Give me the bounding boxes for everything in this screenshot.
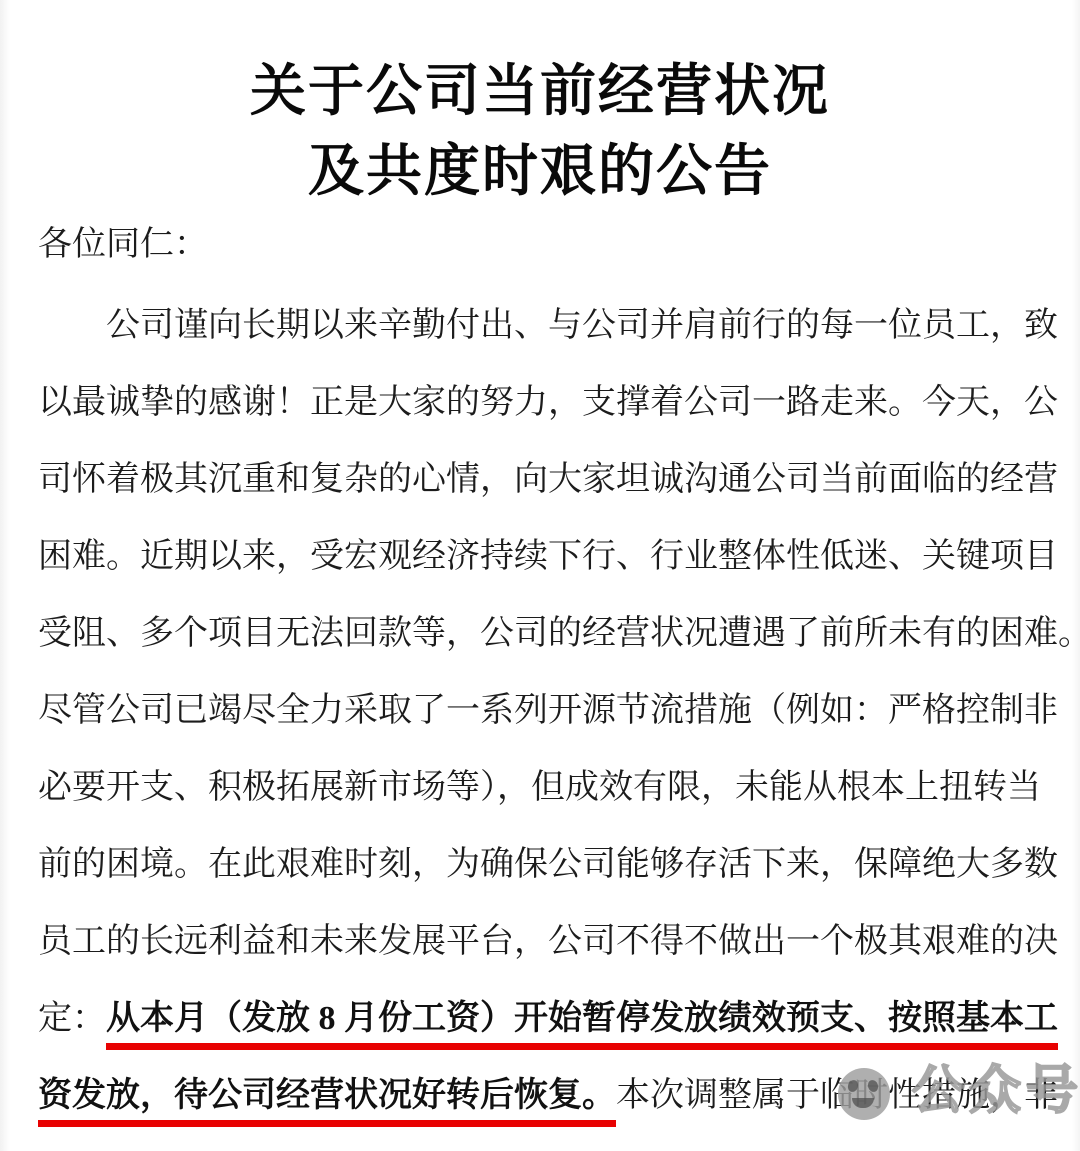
body-line-7: 必要开支、积极拓展新市场等），但成效有限，未能从根本上扭转当 <box>38 749 1048 826</box>
decision-bold-underlined-2: 资发放，待公司经营状况好转后恢复。 <box>38 1077 616 1127</box>
document-title: 关于公司当前经营状况 及共度时艰的公告 <box>0 52 1080 212</box>
decision-prefix: 定： <box>38 1000 106 1037</box>
body-line-2: 以最诚挚的感谢！正是大家的努力，支撑着公司一路走来。今天，公 <box>38 364 1048 441</box>
decision-bold-underlined-1: 从本月（发放 8 月份工资）开始暂停发放绩效预支、按照基本工 <box>106 1000 1058 1050</box>
decision-line-1: 定：从本月（发放 8 月份工资）开始暂停发放绩效预支、按照基本工 <box>38 980 1048 1057</box>
title-line-1: 关于公司当前经营状况 <box>0 52 1080 132</box>
body-line-4: 困难。近期以来，受宏观经济持续下行、行业整体性低迷、关键项目 <box>38 518 1048 595</box>
body-line-8: 前的困境。在此艰难时刻，为确保公司能够存活下来，保障绝大多数 <box>38 826 1048 903</box>
body-line-9: 员工的长远利益和未来发展平台，公司不得不做出一个极其艰难的决 <box>38 903 1048 980</box>
body-line-3: 司怀着极其沉重和复杂的心情，向大家坦诚沟通公司当前面临的经营 <box>38 441 1048 518</box>
body-line-5: 受阻、多个项目无法回款等，公司的经营状况遭遇了前所未有的困难。 <box>38 595 1048 672</box>
title-line-2: 及共度时艰的公告 <box>0 132 1080 212</box>
announcement-document: 关于公司当前经营状况 及共度时艰的公告 各位同仁： 公司谨向长期以来辛勤付出、与… <box>0 0 1080 1151</box>
salutation: 各位同仁： <box>38 206 208 283</box>
decision-line-2: 资发放，待公司经营状况好转后恢复。本次调整属于临时性措施，非 <box>38 1057 1048 1134</box>
body-line-1: 公司谨向长期以来辛勤付出、与公司并肩前行的每一位员工，致 <box>38 287 1048 364</box>
body-line-6: 尽管公司已竭尽全力采取了一系列开源节流措施（例如：严格控制非 <box>38 672 1048 749</box>
decision-suffix: 本次调整属于临时性措施，非 <box>616 1077 1058 1114</box>
body-paragraph: 公司谨向长期以来辛勤付出、与公司并肩前行的每一位员工，致 以最诚挚的感谢！正是大… <box>38 287 1048 1134</box>
